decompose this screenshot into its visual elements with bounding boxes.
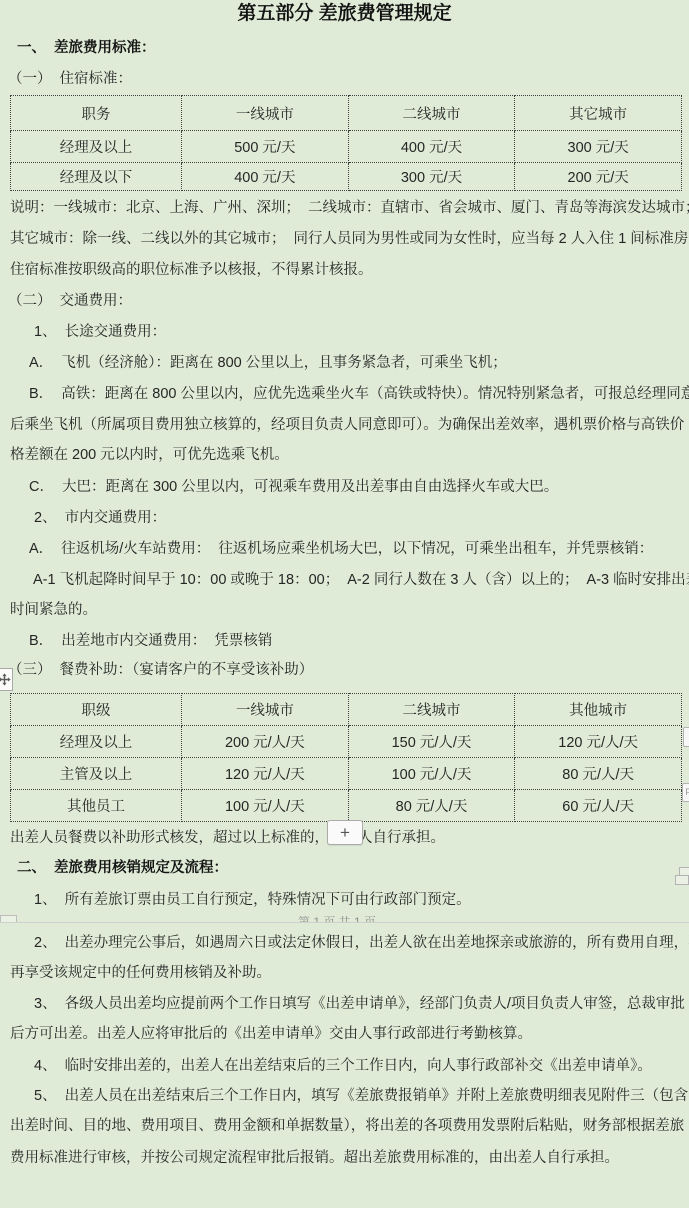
table-cell: 500 元/天: [182, 131, 349, 163]
table-cell: 经理及以上: [11, 726, 182, 758]
table-header-cell: 其它城市: [515, 96, 682, 131]
reimbursement-item-line: 5、 出差人员在出差结束后三个工作日内，填写《差旅费报销单》并附上差旅费明细表见…: [34, 1085, 688, 1107]
taxi-cases-line: A-1 飞机起降时间早于 10：00 或晚于 18：00； A-2 同行人数在 …: [33, 569, 689, 591]
table-cell: 200 元/人/天: [182, 726, 349, 758]
insert-row-button[interactable]: +: [327, 820, 363, 845]
reimbursement-item-line: 后方可出差。出差人应将审批后的《出差申请单》交由人事行政部进行考勤核算。: [10, 1023, 532, 1045]
reimbursement-item-line: 费用标准进行审核，并按公司规定流程审批后报销。超出差旅费用标准的，由出差人自行承…: [10, 1147, 619, 1169]
reimbursement-item: 4、 临时安排出差的，出差人在出差结束后的三个工作日内，向人事行政部补交《出差申…: [34, 1055, 652, 1077]
table-row: 其他员工 100 元/人/天 80 元/人/天 60 元/人/天: [11, 790, 682, 822]
plane-item: A． 飞机（经济舱）：距离在 800 公里以上，且事务紧急者，可乘坐飞机；: [29, 352, 507, 374]
table-row: 经理及以上 200 元/人/天 150 元/人/天 120 元/人/天: [11, 726, 682, 758]
table-row: 主管及以上 120 元/人/天 100 元/人/天 80 元/人/天: [11, 758, 682, 790]
table-cell: 400 元/天: [348, 131, 515, 163]
table-header-cell: 职务: [11, 96, 182, 131]
table-header-cell: 二线城市: [348, 96, 515, 131]
section-standards-heading: 一、 差旅费用标准：: [17, 37, 156, 59]
table-header-row: 职级 一线城市 二线城市 其他城市: [11, 694, 682, 726]
page-break-line: [0, 922, 689, 923]
page-break-marker[interactable]: [675, 875, 689, 885]
city-transport-heading: 2、 市内交通费用：: [34, 507, 166, 529]
reimbursement-item-line: 3、 各级人员出差均应提前两个工作日填写《出差申请单》，经部门负责人/项目负责人…: [34, 993, 685, 1015]
local-transport-item: B． 出差地市内交通费用： 凭票核销: [29, 630, 272, 652]
table-cell: 300 元/天: [348, 163, 515, 191]
page-title: 第五部分 差旅费管理规定: [0, 2, 689, 26]
plus-icon: +: [340, 824, 350, 841]
table-cell: 120 元/人/天: [515, 726, 682, 758]
table-side-button[interactable]: F: [682, 783, 689, 802]
move-cross-icon: [0, 673, 11, 686]
table-cell: 150 元/人/天: [348, 726, 515, 758]
table-cell: 100 元/人/天: [182, 790, 349, 822]
long-distance-heading: 1、 长途交通费用：: [34, 321, 166, 343]
table-side-button[interactable]: [683, 727, 689, 747]
section-reimbursement-heading: 二、 差旅费用核销规定及流程：: [17, 857, 228, 879]
table-header-cell: 职级: [11, 694, 182, 726]
table-header-cell: 其他城市: [515, 694, 682, 726]
lodging-note-line: 说明：一线城市：北京、上海、广州、深圳； 二线城市：直辖市、省会城市、厦门、青岛…: [10, 197, 689, 219]
lodging-heading: （一） 住宿标准：: [8, 68, 132, 90]
table-header-cell: 二线城市: [348, 694, 515, 726]
reimbursement-item-line: 出差时间、目的地、费用项目、费用金额和单据数量），将出差的各项费用发票附后粘贴，…: [10, 1115, 684, 1137]
table-row: 经理及以下 400 元/天 300 元/天 200 元/天: [11, 163, 682, 191]
table-cell: 100 元/人/天: [348, 758, 515, 790]
table-cell: 主管及以上: [11, 758, 182, 790]
taxi-cases-line: 时间紧急的。: [10, 599, 97, 621]
table-cell: 300 元/天: [515, 131, 682, 163]
table-cell: 200 元/天: [515, 163, 682, 191]
meal-table: 职级 一线城市 二线城市 其他城市 经理及以上 200 元/人/天 150 元/…: [10, 693, 682, 822]
lodging-note-line: 住宿标准按职级高的职位标准予以核报，不得累计核报。: [10, 259, 373, 281]
lodging-note-line: 其它城市：除一线、二线以外的其它城市； 同行人员同为男性或同为女性时，应当每 2…: [10, 228, 689, 250]
table-row: 经理及以上 500 元/天 400 元/天 300 元/天: [11, 131, 682, 163]
table-header-cell: 一线城市: [182, 694, 349, 726]
reimbursement-item: 1、 所有差旅订票由员工自行预定，特殊情况下可由行政部门预定。: [34, 889, 471, 911]
table-move-handle[interactable]: [0, 668, 13, 691]
airport-item: A． 往返机场/火车站费用： 往返机场应乘坐机场大巴，以下情况，可乘坐出租车，并…: [29, 538, 653, 560]
table-cell: 经理及以上: [11, 131, 182, 163]
reimbursement-item-line: 再享受该规定中的任何费用核销及补助。: [10, 962, 271, 984]
hsr-item-line: 格差额在 200 元以内时，可优先选乘飞机。: [10, 444, 289, 466]
reimbursement-item-line: 2、 出差办理完公事后，如遇周六日或法定休假日，出差人欲在出差地探亲或旅游的，所…: [34, 932, 689, 954]
table-cell: 400 元/天: [182, 163, 349, 191]
table-cell: 60 元/人/天: [515, 790, 682, 822]
table-cell: 120 元/人/天: [182, 758, 349, 790]
table-cell: 其他员工: [11, 790, 182, 822]
hsr-item-line: B． 高铁：距离在 800 公里以内，应优先选乘坐火车（高铁或特快）。情况特别紧…: [29, 383, 689, 405]
transport-heading: （二） 交通费用：: [8, 290, 132, 312]
hsr-item-line: 后乘坐飞机（所属项目费用独立核算的，经项目负责人同意即可）。为确保出差效率，遇机…: [10, 414, 684, 436]
table-cell: 经理及以下: [11, 163, 182, 191]
document-page: 第五部分 差旅费管理规定 一、 差旅费用标准： （一） 住宿标准： 职务 一线城…: [0, 0, 689, 1208]
table-header-cell: 一线城市: [182, 96, 349, 131]
meal-note: 出差人员餐费以补助形式核发，超过以上标准的，由个人自行承担。: [10, 827, 445, 849]
table-cell: 80 元/人/天: [515, 758, 682, 790]
table-cell: 80 元/人/天: [348, 790, 515, 822]
table-header-row: 职务 一线城市 二线城市 其它城市: [11, 96, 682, 131]
lodging-table: 职务 一线城市 二线城市 其它城市 经理及以上 500 元/天 400 元/天 …: [10, 95, 682, 191]
meal-heading: （三） 餐费补助：（宴请客户的不享受该补助）: [8, 659, 313, 681]
bus-item: C． 大巴：距离在 300 公里以内，可视乘车费用及出差事由自由选择火车或大巴。: [29, 476, 558, 498]
